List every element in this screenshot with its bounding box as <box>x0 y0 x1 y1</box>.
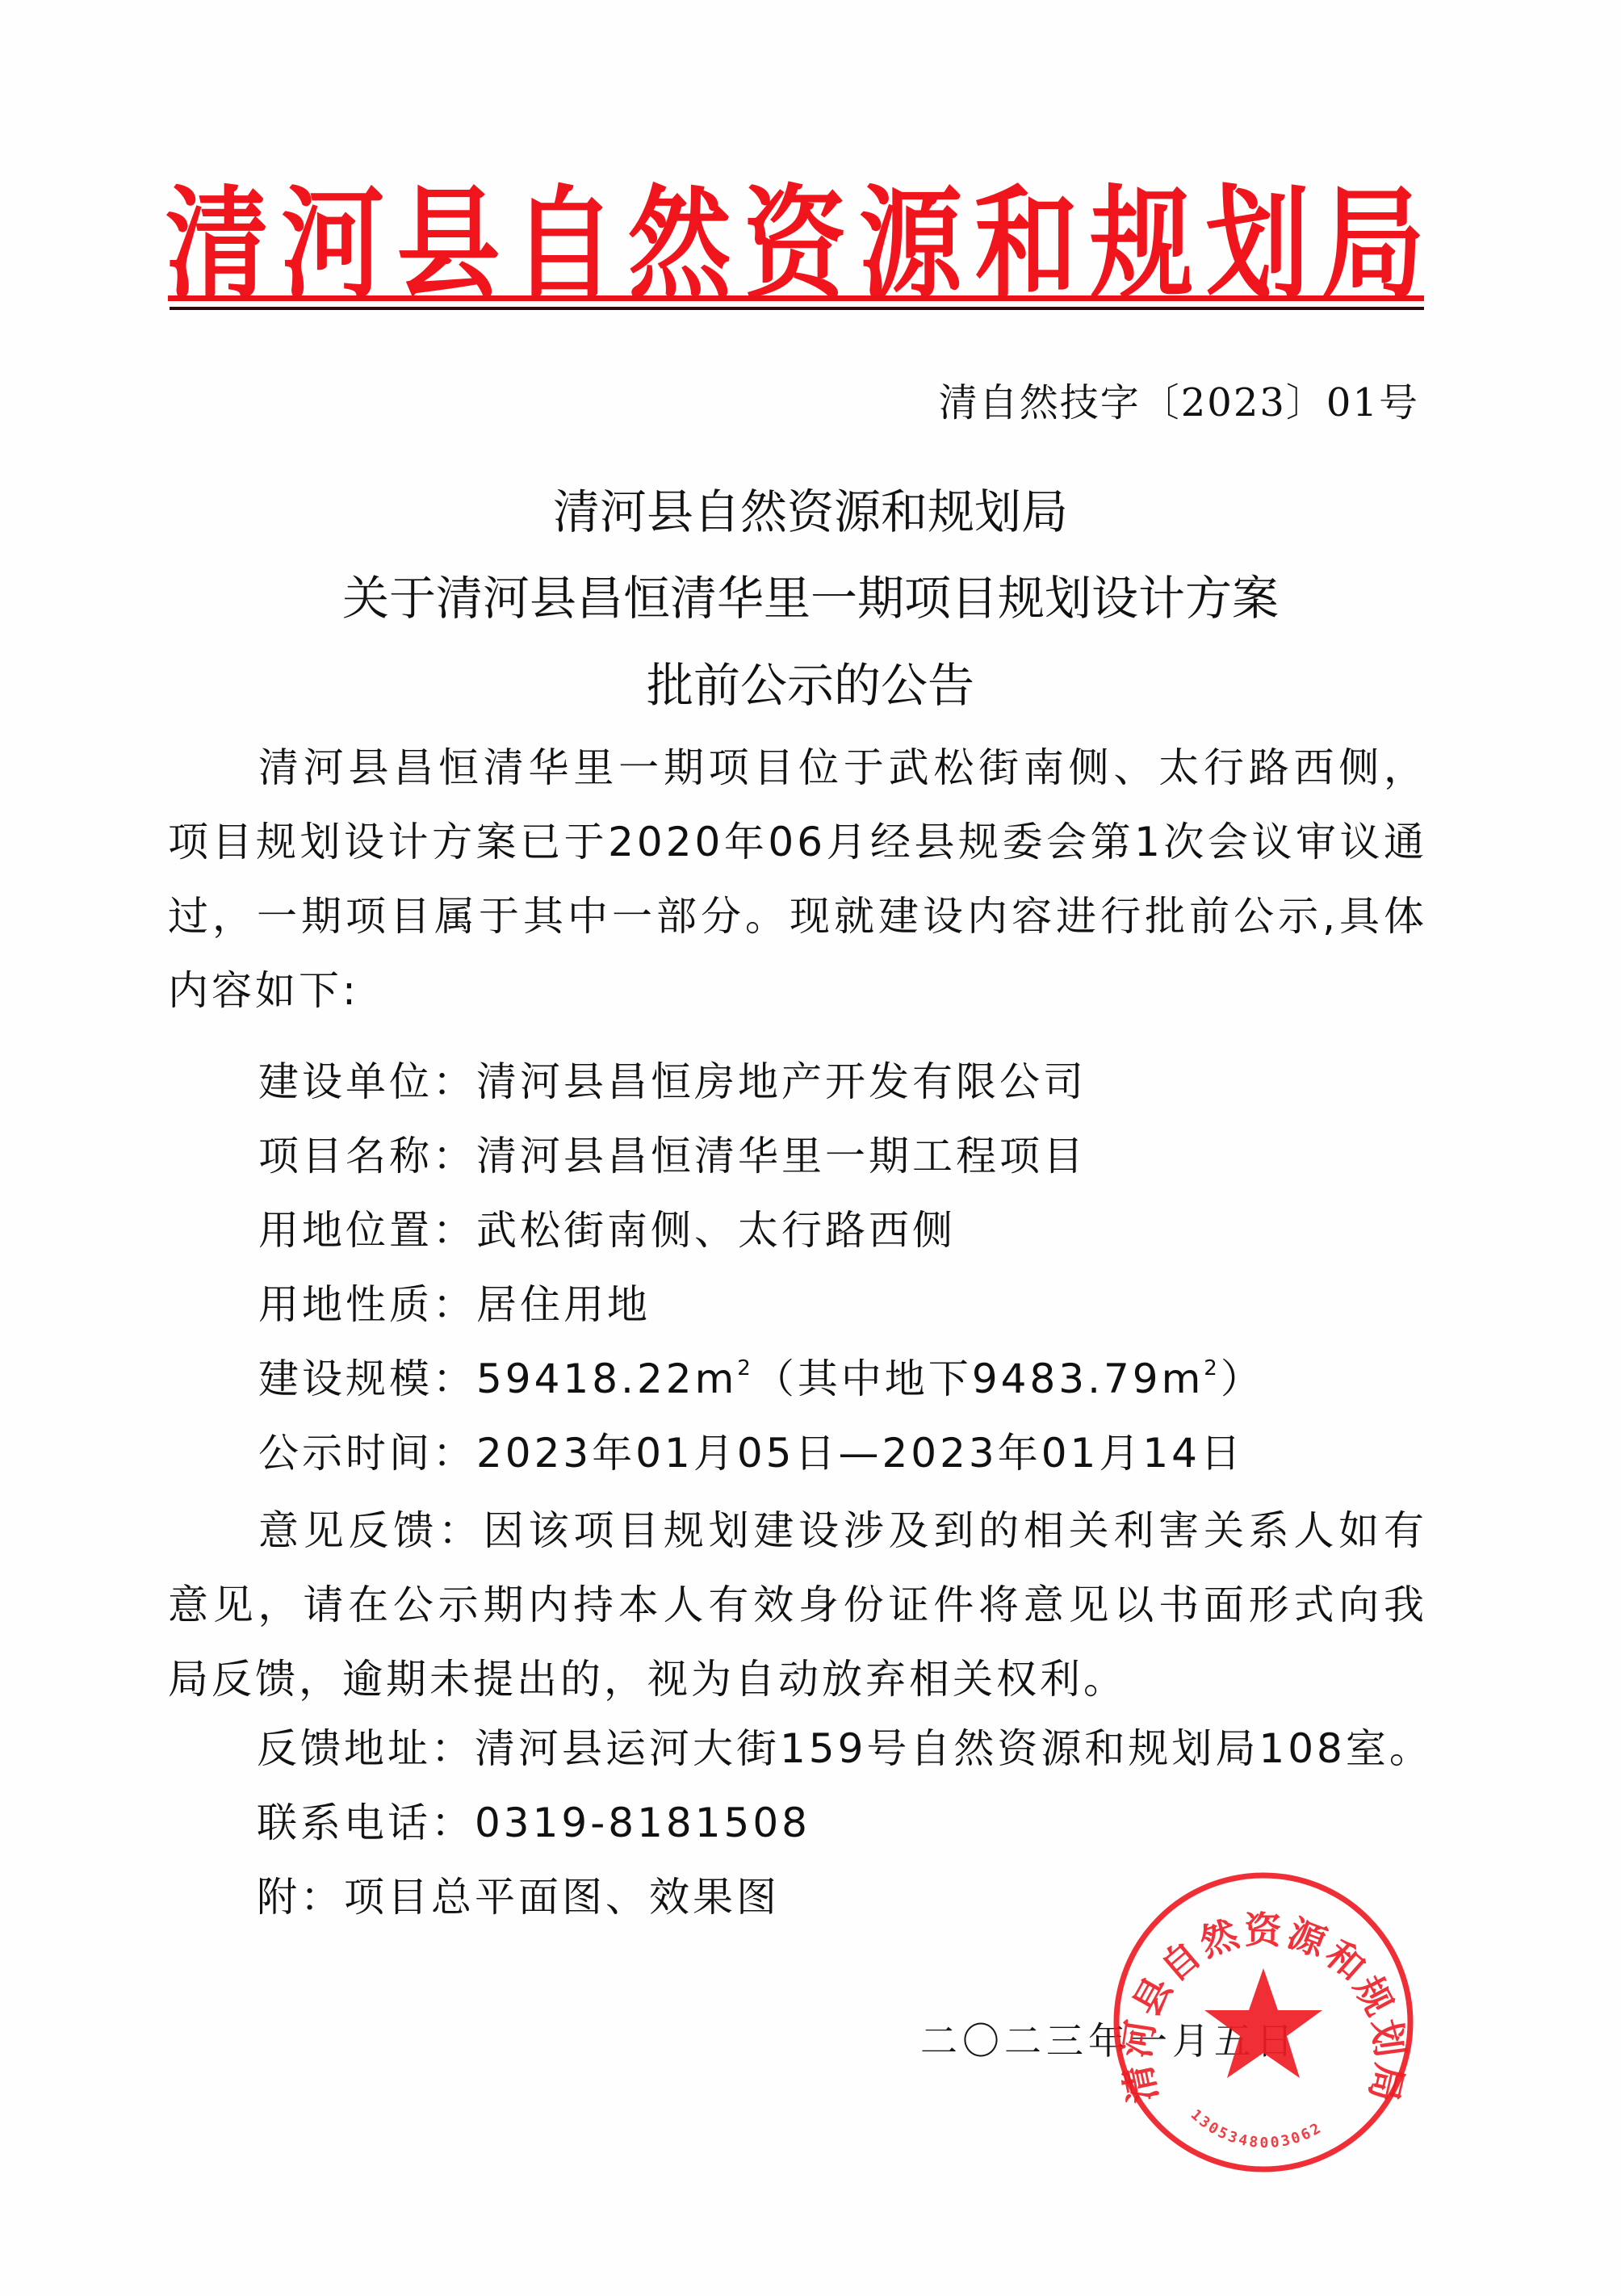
field-value: 武松街南侧、太行路西侧 <box>476 1207 956 1254</box>
field-value: 0319-8181508 <box>475 1800 810 1846</box>
field-value: 清河县昌恒清华里一期工程项目 <box>476 1133 1087 1179</box>
field-label: 用地位置： <box>258 1207 476 1254</box>
masthead-dark-rule <box>170 307 1424 310</box>
seal-graphic: 清河县自然资源和规划局 1305348003062 <box>1106 1865 1421 2180</box>
title-line-3: 批前公示的公告 <box>0 662 1621 709</box>
field-label: 建设规模： <box>258 1355 476 1402</box>
field-contact-phone: 联系电话：0319-8181508 <box>257 1791 810 1849</box>
title-line-2: 关于清河县昌恒清华里一期项目规划设计方案 <box>0 575 1621 622</box>
field-project-name: 项目名称：清河县昌恒清华里一期工程项目 <box>258 1124 1087 1182</box>
superscript: 2 <box>1204 1356 1221 1381</box>
intro-paragraph: 清河县昌恒清华里一期项目位于武松街南侧、太行路西侧，项目规划设计方案已于2020… <box>168 731 1427 1028</box>
field-land-use: 用地性质：居住用地 <box>258 1272 651 1330</box>
scale-close: ） <box>1221 1355 1264 1402</box>
field-value: 清河县运河大街159号自然资源和规划局108室。 <box>475 1725 1433 1772</box>
scale-underground: （其中地下9483.79m <box>754 1355 1204 1402</box>
scale-total: 59418.22m <box>476 1355 737 1402</box>
field-label: 用地性质： <box>258 1281 476 1328</box>
field-label: 反馈地址： <box>257 1725 475 1772</box>
title-line-1: 清河县自然资源和规划局 <box>0 488 1621 535</box>
field-label: 附： <box>257 1874 344 1921</box>
feedback-paragraph: 意见反馈：因该项目规划建设涉及到的相关利害关系人如有意见，请在公示期内持本人有效… <box>168 1494 1427 1716</box>
field-label: 项目名称： <box>258 1133 476 1179</box>
field-label: 建设单位： <box>258 1058 476 1105</box>
field-label: 公示时间： <box>258 1430 476 1477</box>
field-value: 项目总平面图、效果图 <box>344 1874 780 1921</box>
field-publicity-period: 公示时间：2023年01月05日—2023年01月14日 <box>258 1421 1244 1479</box>
masthead-red-rule <box>168 295 1424 301</box>
field-construction-unit: 建设单位：清河县昌恒房地产开发有限公司 <box>258 1050 1087 1108</box>
field-value: 2023年01月05日—2023年01月14日 <box>476 1430 1244 1477</box>
field-feedback-address: 反馈地址：清河县运河大街159号自然资源和规划局108室。 <box>257 1716 1433 1774</box>
document-page: 清 河 县 自 然 资 源 和 规 划 局 清自然技字〔2023〕01号 清河县… <box>0 0 1621 2296</box>
star-icon <box>1204 1968 1322 2078</box>
document-number: 清自然技字〔2023〕01号 <box>939 371 1419 427</box>
field-construction-scale: 建设规模：59418.22m2（其中地下9483.79m2） <box>258 1347 1264 1405</box>
superscript: 2 <box>737 1356 754 1381</box>
masthead-title: 清 河 县 自 然 资 源 和 规 划 局 <box>165 174 1425 295</box>
field-label: 联系电话： <box>257 1800 475 1846</box>
official-seal: 清河县自然资源和规划局 1305348003062 <box>1106 1865 1421 2180</box>
field-land-location: 用地位置：武松街南侧、太行路西侧 <box>258 1198 956 1256</box>
seal-code: 1305348003062 <box>1187 2106 1326 2151</box>
field-value: 居住用地 <box>476 1281 651 1328</box>
field-attachments: 附：项目总平面图、效果图 <box>257 1865 780 1923</box>
field-value: 清河县昌恒房地产开发有限公司 <box>476 1058 1087 1105</box>
